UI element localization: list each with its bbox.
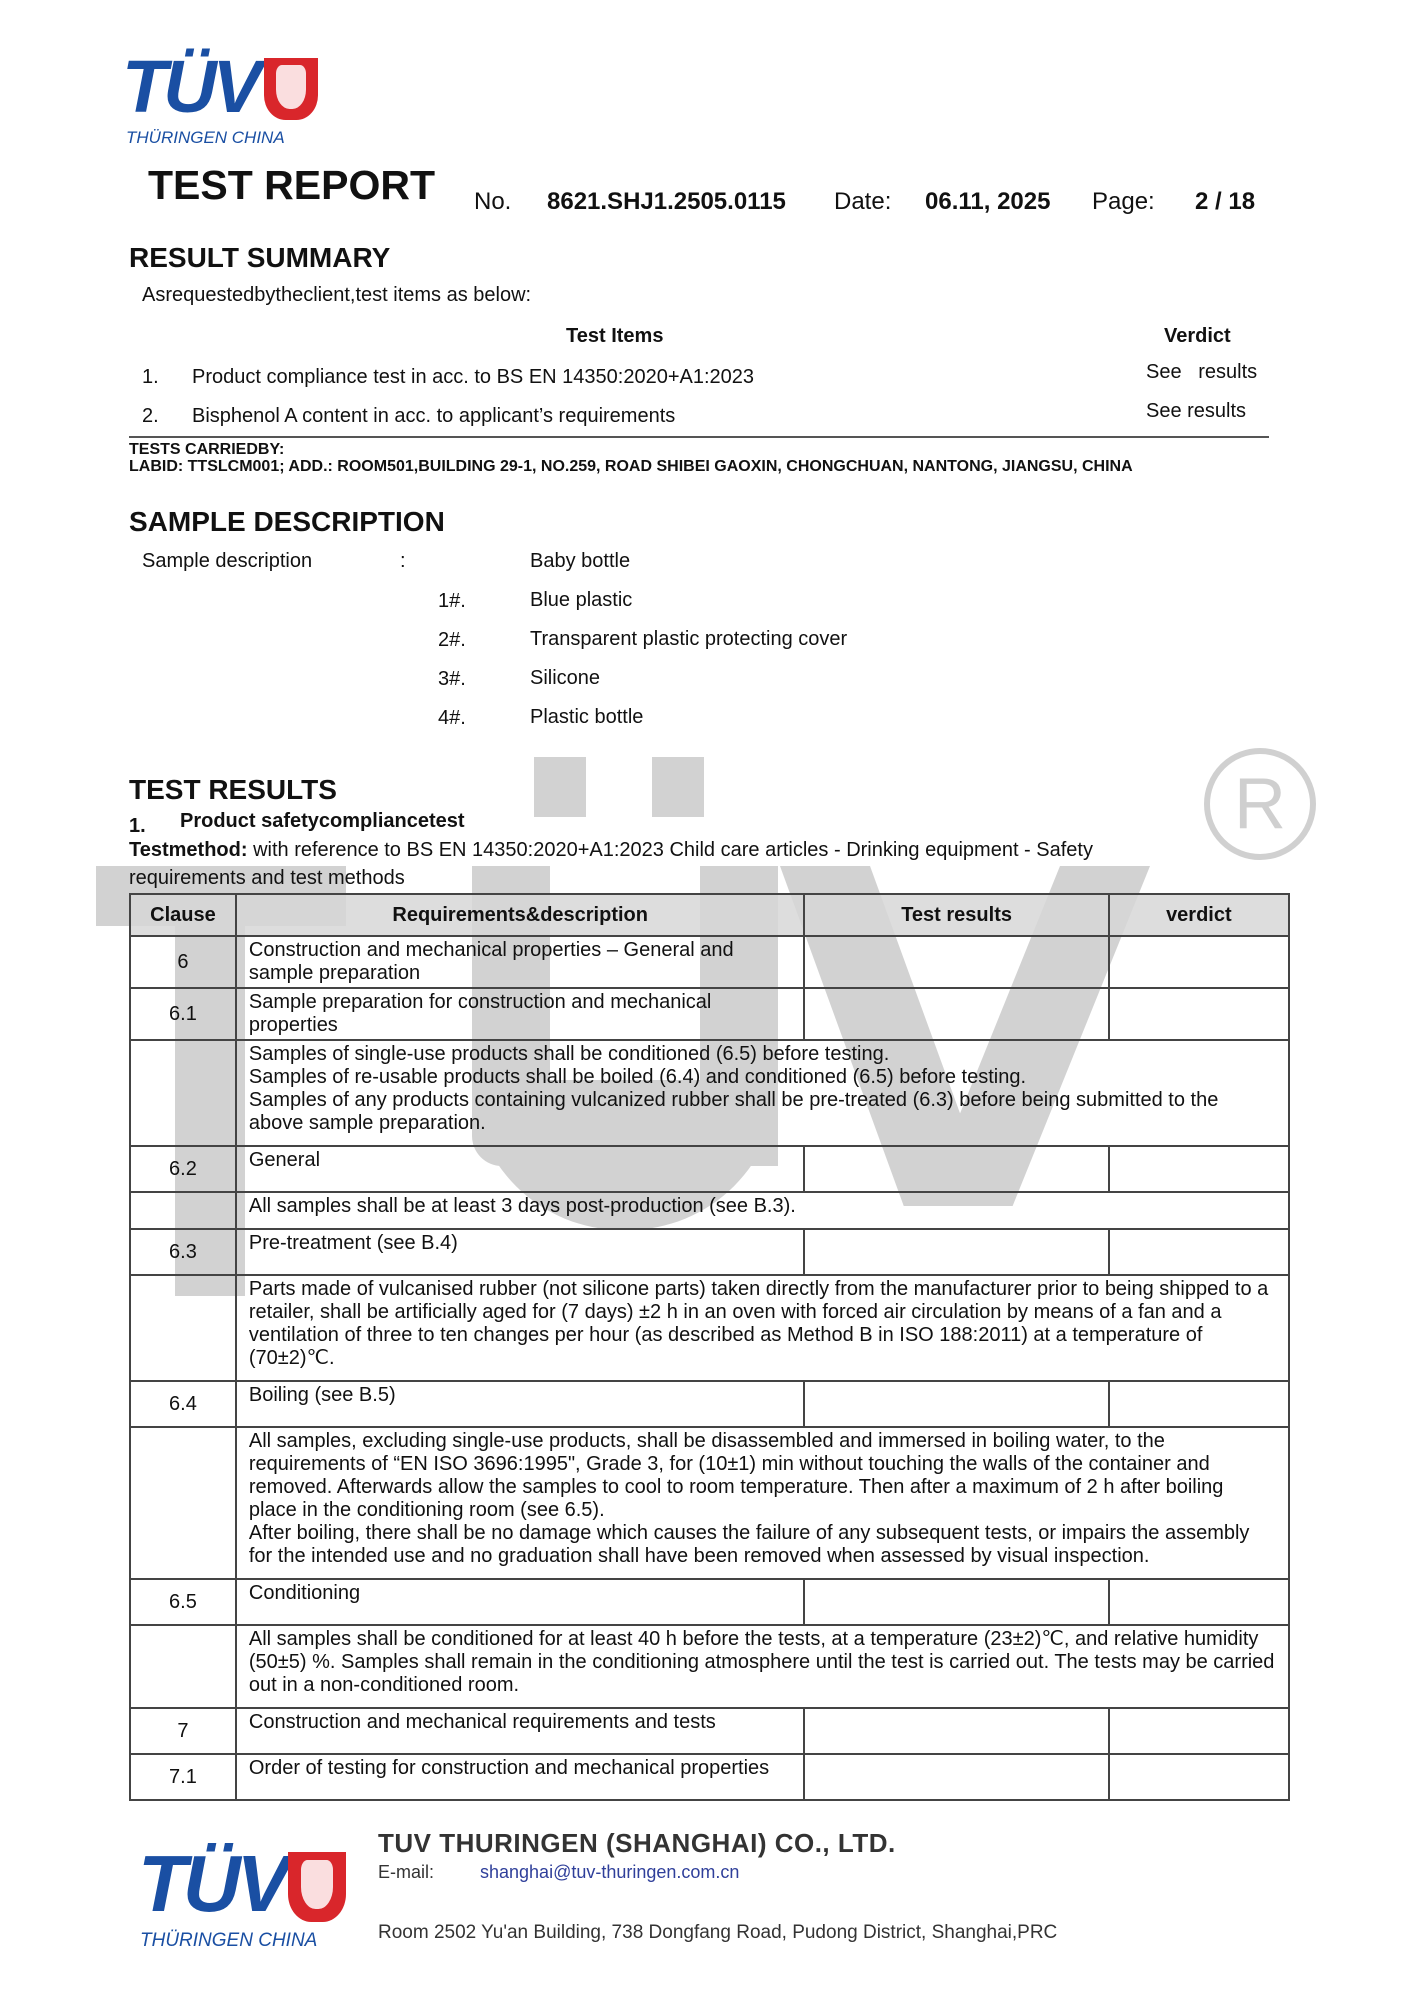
verdict-cell [1109,936,1289,988]
part-name: Silicone [530,667,600,690]
test-method-text-cont: requirements and test methods [129,867,405,890]
footer-crest-icon [288,1852,346,1922]
test-result-cell [804,1579,1108,1625]
logo-subtitle: THÜRINGEN CHINA [126,128,285,148]
col-verdict: verdict [1109,894,1289,936]
footer-logo-subtitle: THÜRINGEN CHINA [140,1930,317,1952]
footer-email-label: E-mail: [378,1862,434,1883]
part-name: Transparent plastic protecting cover [530,628,847,651]
item-text: Bisphenol A content in acc. to applicant… [192,405,675,428]
col-requirements: Requirements&description [236,894,805,936]
result-summary-heading: RESULT SUMMARY [129,242,390,274]
requirement-cell: Construction and mechanical requirements… [236,1708,805,1754]
date-value: 06.11, 2025 [925,188,1050,216]
colon: : [400,550,406,573]
test-result-cell [804,1229,1108,1275]
sample-description-heading: SAMPLE DESCRIPTION [129,506,445,538]
table-row: All samples shall be at least 3 days pos… [130,1192,1289,1229]
table-row: 6.3Pre-treatment (see B.4) [130,1229,1289,1275]
requirement-cell: All samples shall be at least 3 days pos… [236,1192,1289,1229]
footer-logo: TÜV THÜRINGEN CHINA [138,1842,358,1952]
test-results-table: Clause Requirements&description Test res… [129,893,1290,1801]
registered-r: R [1204,748,1316,860]
verdict-cell [1109,1708,1289,1754]
clause-cell: 6.4 [130,1381,236,1427]
clause-cell: 7 [130,1708,236,1754]
test-result-cell [804,988,1108,1040]
sample-description-label: Sample description [142,550,312,573]
item-number: 1. [142,366,159,389]
table-row: 6.2General [130,1146,1289,1192]
requirement-cell: All samples, excluding single-use produc… [236,1427,1289,1579]
requirement-cell: Samples of single-use products shall be … [236,1040,1289,1146]
clause-cell [130,1625,236,1708]
page-value: 2 / 18 [1195,188,1255,216]
test-result-cell [804,1146,1108,1192]
verdict-cell [1109,1229,1289,1275]
col-test-results: Test results [804,894,1108,936]
verdict-cell [1109,1754,1289,1800]
part-id: 2#. [438,629,466,652]
clause-cell: 6.5 [130,1579,236,1625]
verdict-header: Verdict [1164,325,1231,348]
item-text: Product compliance test in acc. to BS EN… [192,366,754,389]
clause-cell [130,1275,236,1381]
test-result-cell [804,1754,1108,1800]
item-verdict: See results [1146,400,1246,423]
table-header-row: Clause Requirements&description Test res… [130,894,1289,936]
sample-main: Baby bottle [530,550,630,573]
report-no-label: No. [474,188,511,216]
footer-address: Room 2502 Yu'an Building, 738 Dongfang R… [378,1922,1057,1944]
page-label: Page: [1092,188,1155,216]
crest-icon [264,58,318,120]
tests-carried-by-label: TESTS CARRIEDBY: [129,441,284,459]
table-row: Parts made of vulcanised rubber (not sil… [130,1275,1289,1381]
test-method-label: Testmethod: [129,839,248,861]
requirement-cell: Order of testing for construction and me… [236,1754,805,1800]
item-verdict: See results [1146,361,1257,384]
verdict-cell [1109,1146,1289,1192]
test-method: Testmethod: with reference to BS EN 1435… [129,839,1093,862]
table-row: 6.4Boiling (see B.5) [130,1381,1289,1427]
verdict-cell [1109,988,1289,1040]
requirement-cell: Conditioning [236,1579,805,1625]
clause-cell: 6.3 [130,1229,236,1275]
table-row: Samples of single-use products shall be … [130,1040,1289,1146]
table-row: All samples, excluding single-use produc… [130,1427,1289,1579]
table-row: 7.1Order of testing for construction and… [130,1754,1289,1800]
table-row: 7Construction and mechanical requirement… [130,1708,1289,1754]
clause-cell: 6.2 [130,1146,236,1192]
test-result-cell [804,936,1108,988]
section-title: Product safetycompliancetest [180,810,465,833]
divider [129,436,1269,438]
part-id: 1#. [438,590,466,613]
part-id: 3#. [438,668,466,691]
requirement-cell: Parts made of vulcanised rubber (not sil… [236,1275,1289,1381]
part-id: 4#. [438,707,466,730]
clause-cell [130,1427,236,1579]
test-result-cell [804,1381,1108,1427]
date-label: Date: [834,188,891,216]
tuv-logo: TÜV THÜRINGEN CHINA [122,52,322,152]
logo-text: TÜV [122,44,258,129]
table-row: 6Construction and mechanical properties … [130,936,1289,988]
clause-cell [130,1192,236,1229]
section-number: 1. [129,815,146,838]
requirement-cell: Construction and mechanical properties –… [236,936,805,988]
clause-cell: 6 [130,936,236,988]
part-name: Blue plastic [530,589,632,612]
part-name: Plastic bottle [530,706,643,729]
lab-info: LABID: TTSLCM001; ADD.: ROOM501,BUILDING… [129,458,1133,476]
result-summary-intro: Asrequestedbytheclient,test items as bel… [142,284,531,307]
clause-cell [130,1040,236,1146]
test-method-text: with reference to BS EN 14350:2020+A1:20… [248,839,1093,861]
clause-cell: 6.1 [130,988,236,1040]
requirement-cell: Boiling (see B.5) [236,1381,805,1427]
requirement-cell: Pre-treatment (see B.4) [236,1229,805,1275]
col-clause: Clause [130,894,236,936]
verdict-cell [1109,1579,1289,1625]
test-result-cell [804,1708,1108,1754]
report-no-value: 8621.SHJ1.2505.0115 [547,188,786,216]
footer-company: TUV THURINGEN (SHANGHAI) CO., LTD. [378,1828,896,1859]
footer-logo-text: TÜV [138,1838,286,1930]
item-number: 2. [142,405,159,428]
footer-email-link[interactable]: shanghai@tuv-thuringen.com.cn [480,1862,739,1883]
requirement-cell: Sample preparation for construction and … [236,988,805,1040]
requirement-cell: All samples shall be conditioned for at … [236,1625,1289,1708]
test-results-heading: TEST RESULTS [129,774,337,806]
test-items-header: Test Items [566,325,663,348]
report-title: TEST REPORT [148,162,435,209]
table-row: 6.5Conditioning [130,1579,1289,1625]
table-row: All samples shall be conditioned for at … [130,1625,1289,1708]
table-row: 6.1Sample preparation for construction a… [130,988,1289,1040]
verdict-cell [1109,1381,1289,1427]
clause-cell: 7.1 [130,1754,236,1800]
requirement-cell: General [236,1146,805,1192]
